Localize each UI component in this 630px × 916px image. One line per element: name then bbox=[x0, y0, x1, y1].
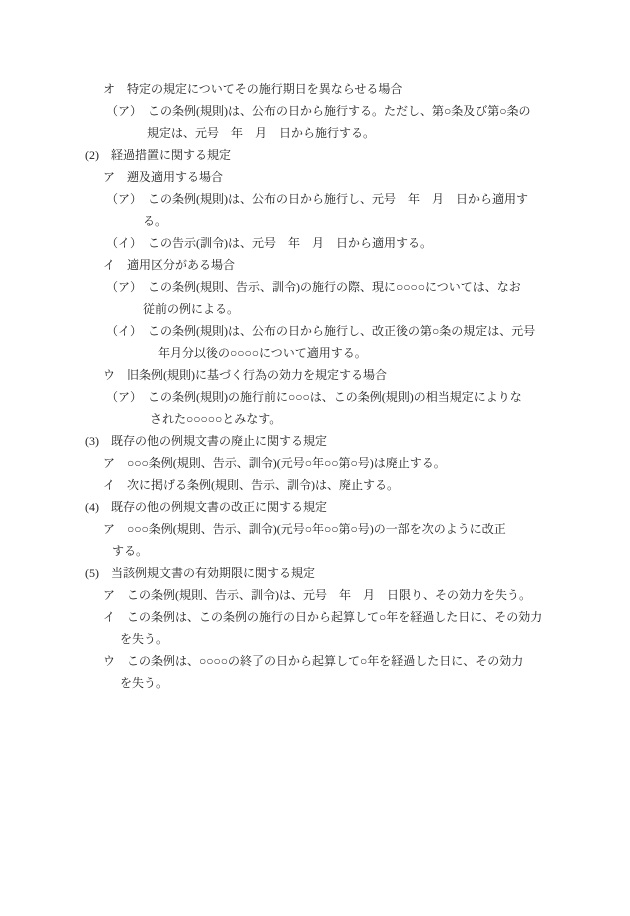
text-line: ア ○○○条例(規則、告示、訓令)(元号○年○○第○号)は廃止する。 bbox=[0, 452, 630, 474]
text-line: （イ） この告示(訓令)は、元号 年 月 日から適用する。 bbox=[0, 232, 630, 254]
text-line: ウ この条例は、○○○○の終了の日から起算して○年を経過した日に、その効力 bbox=[0, 650, 630, 672]
text-line: （ア） この条例(規則、告示、訓令)の施行の際、現に○○○○については、なお bbox=[0, 276, 630, 298]
document-content: オ 特定の規定についてその施行期日を異ならせる場合（ア） この条例(規則)は、公… bbox=[0, 78, 630, 694]
text-line: イ 次に掲げる条例(規則、告示、訓令)は、廃止する。 bbox=[0, 474, 630, 496]
text-line: （ア） この条例(規則)は、公布の日から施行する。ただし、第○条及び第○条の bbox=[0, 100, 630, 122]
text-line: (2) 経過措置に関する規定 bbox=[0, 144, 630, 166]
text-line: (5) 当該例規文書の有効期限に関する規定 bbox=[0, 562, 630, 584]
text-line: イ 適用区分がある場合 bbox=[0, 254, 630, 276]
text-line: オ 特定の規定についてその施行期日を異ならせる場合 bbox=[0, 78, 630, 100]
text-line: る。 bbox=[0, 210, 630, 232]
text-line: を失う。 bbox=[0, 672, 630, 694]
text-line: 規定は、元号 年 月 日から施行する。 bbox=[0, 122, 630, 144]
text-line: ウ 旧条例(規則)に基づく行為の効力を規定する場合 bbox=[0, 364, 630, 386]
text-line: ア この条例(規則、告示、訓令)は、元号 年 月 日限り、その効力を失う。 bbox=[0, 584, 630, 606]
text-line: （ア） この条例(規則)は、公布の日から施行し、元号 年 月 日から適用す bbox=[0, 188, 630, 210]
text-line: （イ） この条例(規則)は、公布の日から施行し、改正後の第○条の規定は、元号 bbox=[0, 320, 630, 342]
text-line: イ この条例は、この条例の施行の日から起算して○年を経過した日に、その効力 bbox=[0, 606, 630, 628]
text-line: (4) 既存の他の例規文書の改正に関する規定 bbox=[0, 496, 630, 518]
text-line: された○○○○○とみなす。 bbox=[0, 408, 630, 430]
text-line: ア 遡及適用する場合 bbox=[0, 166, 630, 188]
text-line: ア ○○○条例(規則、告示、訓令)(元号○年○○第○号)の一部を次のように改正 bbox=[0, 518, 630, 540]
text-line: 年月分以後の○○○○について適用する。 bbox=[0, 342, 630, 364]
text-line: （ア） この条例(規則)の施行前に○○○は、この条例(規則)の相当規定によりな bbox=[0, 386, 630, 408]
text-line: を失う。 bbox=[0, 628, 630, 650]
text-line: (3) 既存の他の例規文書の廃止に関する規定 bbox=[0, 430, 630, 452]
text-line: する。 bbox=[0, 540, 630, 562]
text-line: 従前の例による。 bbox=[0, 298, 630, 320]
document-page: オ 特定の規定についてその施行期日を異ならせる場合（ア） この条例(規則)は、公… bbox=[0, 0, 630, 916]
